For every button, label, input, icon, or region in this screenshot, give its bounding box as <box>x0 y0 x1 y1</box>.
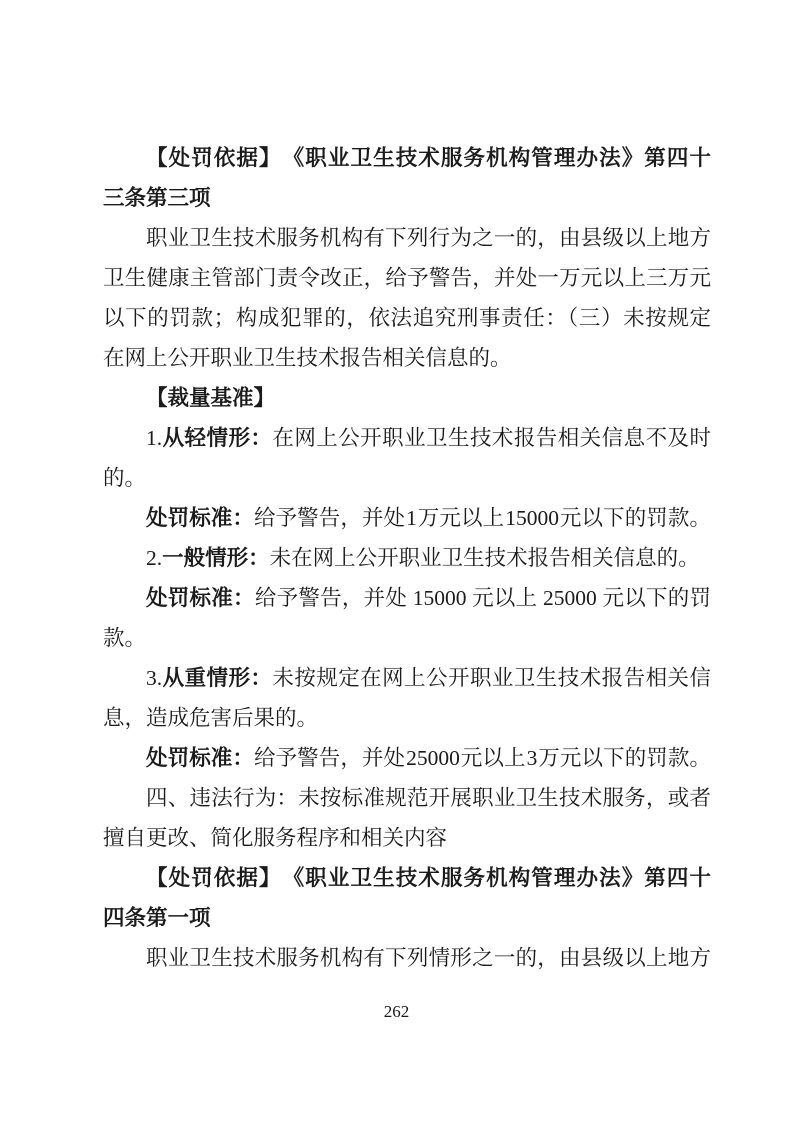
text-run: 3. <box>146 666 162 690</box>
text-run: 在网上公开职业卫生技术报告相关信息不及时 <box>272 426 711 450</box>
text-line: 四、违法行为：未按标准规范开展职业卫生技术服务，或者 <box>103 778 711 818</box>
bold-text-run: 【处罚依据】 《职业卫生技术服务机构管理办法》第四十 <box>146 866 711 890</box>
bold-text-run: 从轻情形： <box>162 426 272 450</box>
text-run: 给予警告，并处 25000 元以上 3 万元以下的罚款。 <box>254 746 711 770</box>
text-line: 卫生健康主管部门责令改正，给予警告，并处一万元以上三万元 <box>103 258 711 298</box>
text-run: 卫生健康主管部门责令改正，给予警告，并处一万元以上三万元 <box>103 266 711 290</box>
text-line: 处罚标准：给予警告，并处 25000 元以上 3 万元以下的罚款。 <box>103 738 711 778</box>
text-line: 职业卫生技术服务机构有下列情形之一的，由县级以上地方 <box>103 938 711 978</box>
text-run: 1. <box>146 426 162 450</box>
bold-text-run: 处罚标准： <box>146 586 255 610</box>
bold-text-run: 从重情形： <box>162 666 272 690</box>
text-line: 在网上公开职业卫生技术报告相关信息的。 <box>103 338 711 378</box>
bold-text-run: 【处罚依据】 《职业卫生技术服务机构管理办法》第四十 <box>146 146 711 170</box>
text-run: 以下的罚款；构成犯罪的，依法追究刑事责任：（三）未按规定 <box>103 306 711 330</box>
bold-text-run: 处罚标准： <box>146 506 254 530</box>
text-line: 2.一般情形：未在网上公开职业卫生技术报告相关信息的。 <box>103 538 711 578</box>
text-run: 职业卫生技术服务机构有下列情形之一的，由县级以上地方 <box>146 946 711 970</box>
text-run: 的。 <box>103 466 146 490</box>
heading-line: 三条第三项 <box>103 178 711 218</box>
text-run: 款。 <box>103 626 146 650</box>
text-run: 给予警告，并处 15000 元以上 25000 元以下的罚 <box>255 586 711 610</box>
text-run: 擅自更改、简化服务程序和相关内容 <box>103 826 447 850</box>
text-run: 四、违法行为：未按标准规范开展职业卫生技术服务，或者 <box>146 786 711 810</box>
text-run: 在网上公开职业卫生技术报告相关信息的。 <box>103 346 512 370</box>
bold-text-run: 【裁量基准】 <box>146 386 275 410</box>
page-number: 262 <box>0 1000 793 1024</box>
text-line: 职业卫生技术服务机构有下列行为之一的，由县级以上地方 <box>103 218 711 258</box>
text-line: 的。 <box>103 458 711 498</box>
text-line: 1.从轻情形：在网上公开职业卫生技术报告相关信息不及时 <box>103 418 711 458</box>
text-run: 未在网上公开职业卫生技术报告相关信息的。 <box>270 546 700 570</box>
text-line: 处罚标准：给予警告，并处 1 万元以上 15000 元以下的罚款。 <box>103 498 711 538</box>
text-run: 息，造成危害后果的。 <box>103 706 318 730</box>
bold-text-run: 一般情形： <box>162 546 270 570</box>
text-line: 以下的罚款；构成犯罪的，依法追究刑事责任：（三）未按规定 <box>103 298 711 338</box>
text-run: 未按规定在网上公开职业卫生技术报告相关信 <box>272 666 711 690</box>
bold-text-run: 处罚标准： <box>146 746 254 770</box>
heading-line: 四条第一项 <box>103 898 711 938</box>
bold-text-run: 三条第三项 <box>103 186 211 210</box>
text-line: 处罚标准：给予警告，并处 15000 元以上 25000 元以下的罚 <box>103 578 711 618</box>
text-run: 职业卫生技术服务机构有下列行为之一的，由县级以上地方 <box>146 226 711 250</box>
document-body: 【处罚依据】 《职业卫生技术服务机构管理办法》第四十三条第三项职业卫生技术服务机… <box>103 138 711 978</box>
heading-line: 【裁量基准】 <box>103 378 711 418</box>
text-line: 息，造成危害后果的。 <box>103 698 711 738</box>
bold-text-run: 四条第一项 <box>103 906 211 930</box>
text-line: 3.从重情形：未按规定在网上公开职业卫生技术报告相关信 <box>103 658 711 698</box>
text-run: 给予警告，并处 1 万元以上 15000 元以下的罚款。 <box>254 506 711 530</box>
text-line: 款。 <box>103 618 711 658</box>
text-run: 2. <box>146 546 162 570</box>
heading-line: 【处罚依据】 《职业卫生技术服务机构管理办法》第四十 <box>103 858 711 898</box>
document-page: 【处罚依据】 《职业卫生技术服务机构管理办法》第四十三条第三项职业卫生技术服务机… <box>0 0 793 1122</box>
heading-line: 【处罚依据】 《职业卫生技术服务机构管理办法》第四十 <box>103 138 711 178</box>
text-line: 擅自更改、简化服务程序和相关内容 <box>103 818 711 858</box>
